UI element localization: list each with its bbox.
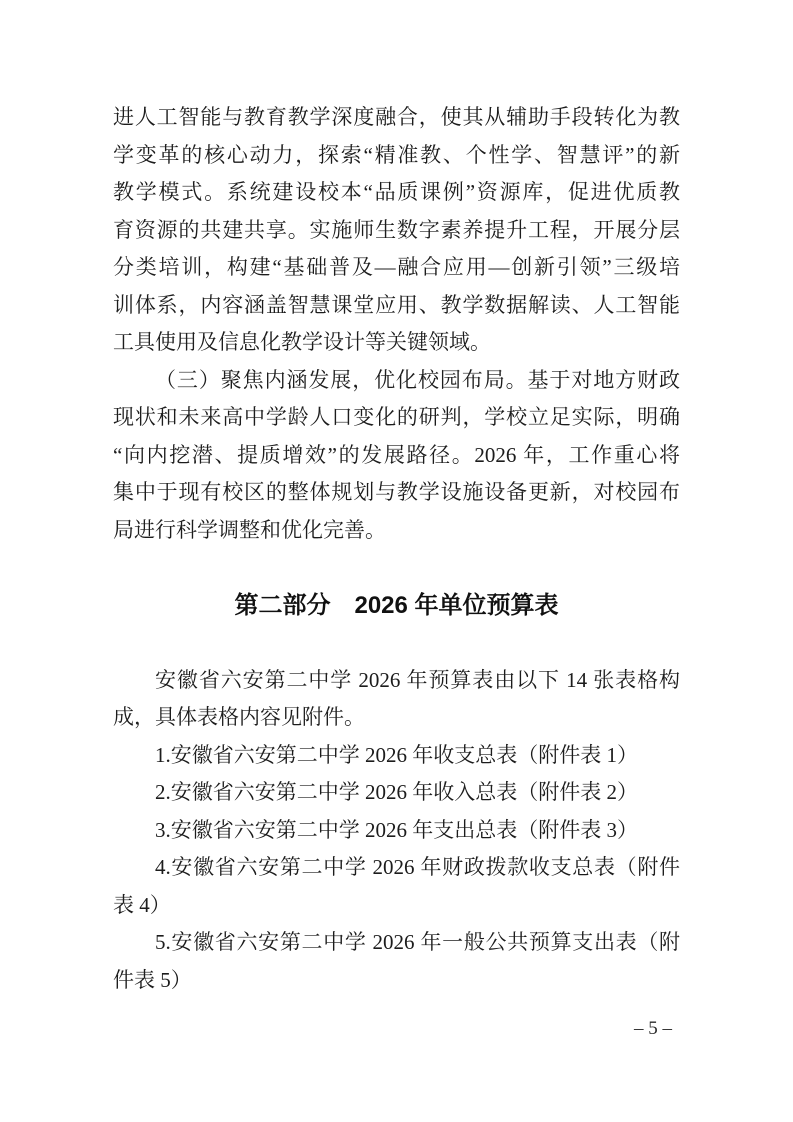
para2-line5: 局进行科学调整和优化完善。 <box>113 512 680 550</box>
para1-line5: 分类培训，构建“基础普及—融合应用—创新引领”三级培 <box>113 249 680 287</box>
blank-line <box>113 549 680 587</box>
para1-line1: 进人工智能与教育教学深度融合，使其从辅助手段转化为教 <box>113 99 680 137</box>
list-item-3: 3.安徽省六安第二中学 2026 年支出总表（附件表 3） <box>113 812 680 850</box>
para1-line2: 学变革的核心动力，探索“精准教、个性学、智慧评”的新 <box>113 137 680 175</box>
document-page: 进人工智能与教育教学深度融合，使其从辅助手段转化为教 学变革的核心动力，探索“精… <box>0 0 793 1122</box>
blank-line <box>113 624 680 662</box>
document-body: 进人工智能与教育教学深度融合，使其从辅助手段转化为教 学变革的核心动力，探索“精… <box>113 99 680 999</box>
list-item-1: 1.安徽省六安第二中学 2026 年收支总表（附件表 1） <box>113 737 680 775</box>
section2-heading: 第二部分 2026 年单位预算表 <box>113 587 680 625</box>
list-item-4-line2: 表 4） <box>113 887 680 925</box>
para2-line1: （三）聚焦内涵发展，优化校园布局。基于对地方财政 <box>113 362 680 400</box>
para3-line2: 成，具体表格内容见附件。 <box>113 699 680 737</box>
list-item-5-line2: 件表 5） <box>113 962 680 1000</box>
list-item-2: 2.安徽省六安第二中学 2026 年收入总表（附件表 2） <box>113 774 680 812</box>
list-item-4-line1: 4.安徽省六安第二中学 2026 年财政拨款收支总表（附件 <box>113 849 680 887</box>
page-number: – 5 – <box>634 1014 672 1044</box>
para1-line3: 教学模式。系统建设校本“品质课例”资源库，促进优质教 <box>113 174 680 212</box>
para2-line4: 集中于现有校区的整体规划与教学设施设备更新，对校园布 <box>113 474 680 512</box>
para1-line6: 训体系，内容涵盖智慧课堂应用、教学数据解读、人工智能 <box>113 287 680 325</box>
para1-line4: 育资源的共建共享。实施师生数字素养提升工程，开展分层 <box>113 212 680 250</box>
list-item-5-line1: 5.安徽省六安第二中学 2026 年一般公共预算支出表（附 <box>113 924 680 962</box>
para2-line2: 现状和未来高中学龄人口变化的研判，学校立足实际，明确 <box>113 399 680 437</box>
para2-line3: “向内挖潜、提质增效”的发展路径。2026 年，工作重心将 <box>113 437 680 475</box>
para1-line7: 工具使用及信息化教学设计等关键领域。 <box>113 324 680 362</box>
para3-line1: 安徽省六安第二中学 2026 年预算表由以下 14 张表格构 <box>113 662 680 700</box>
